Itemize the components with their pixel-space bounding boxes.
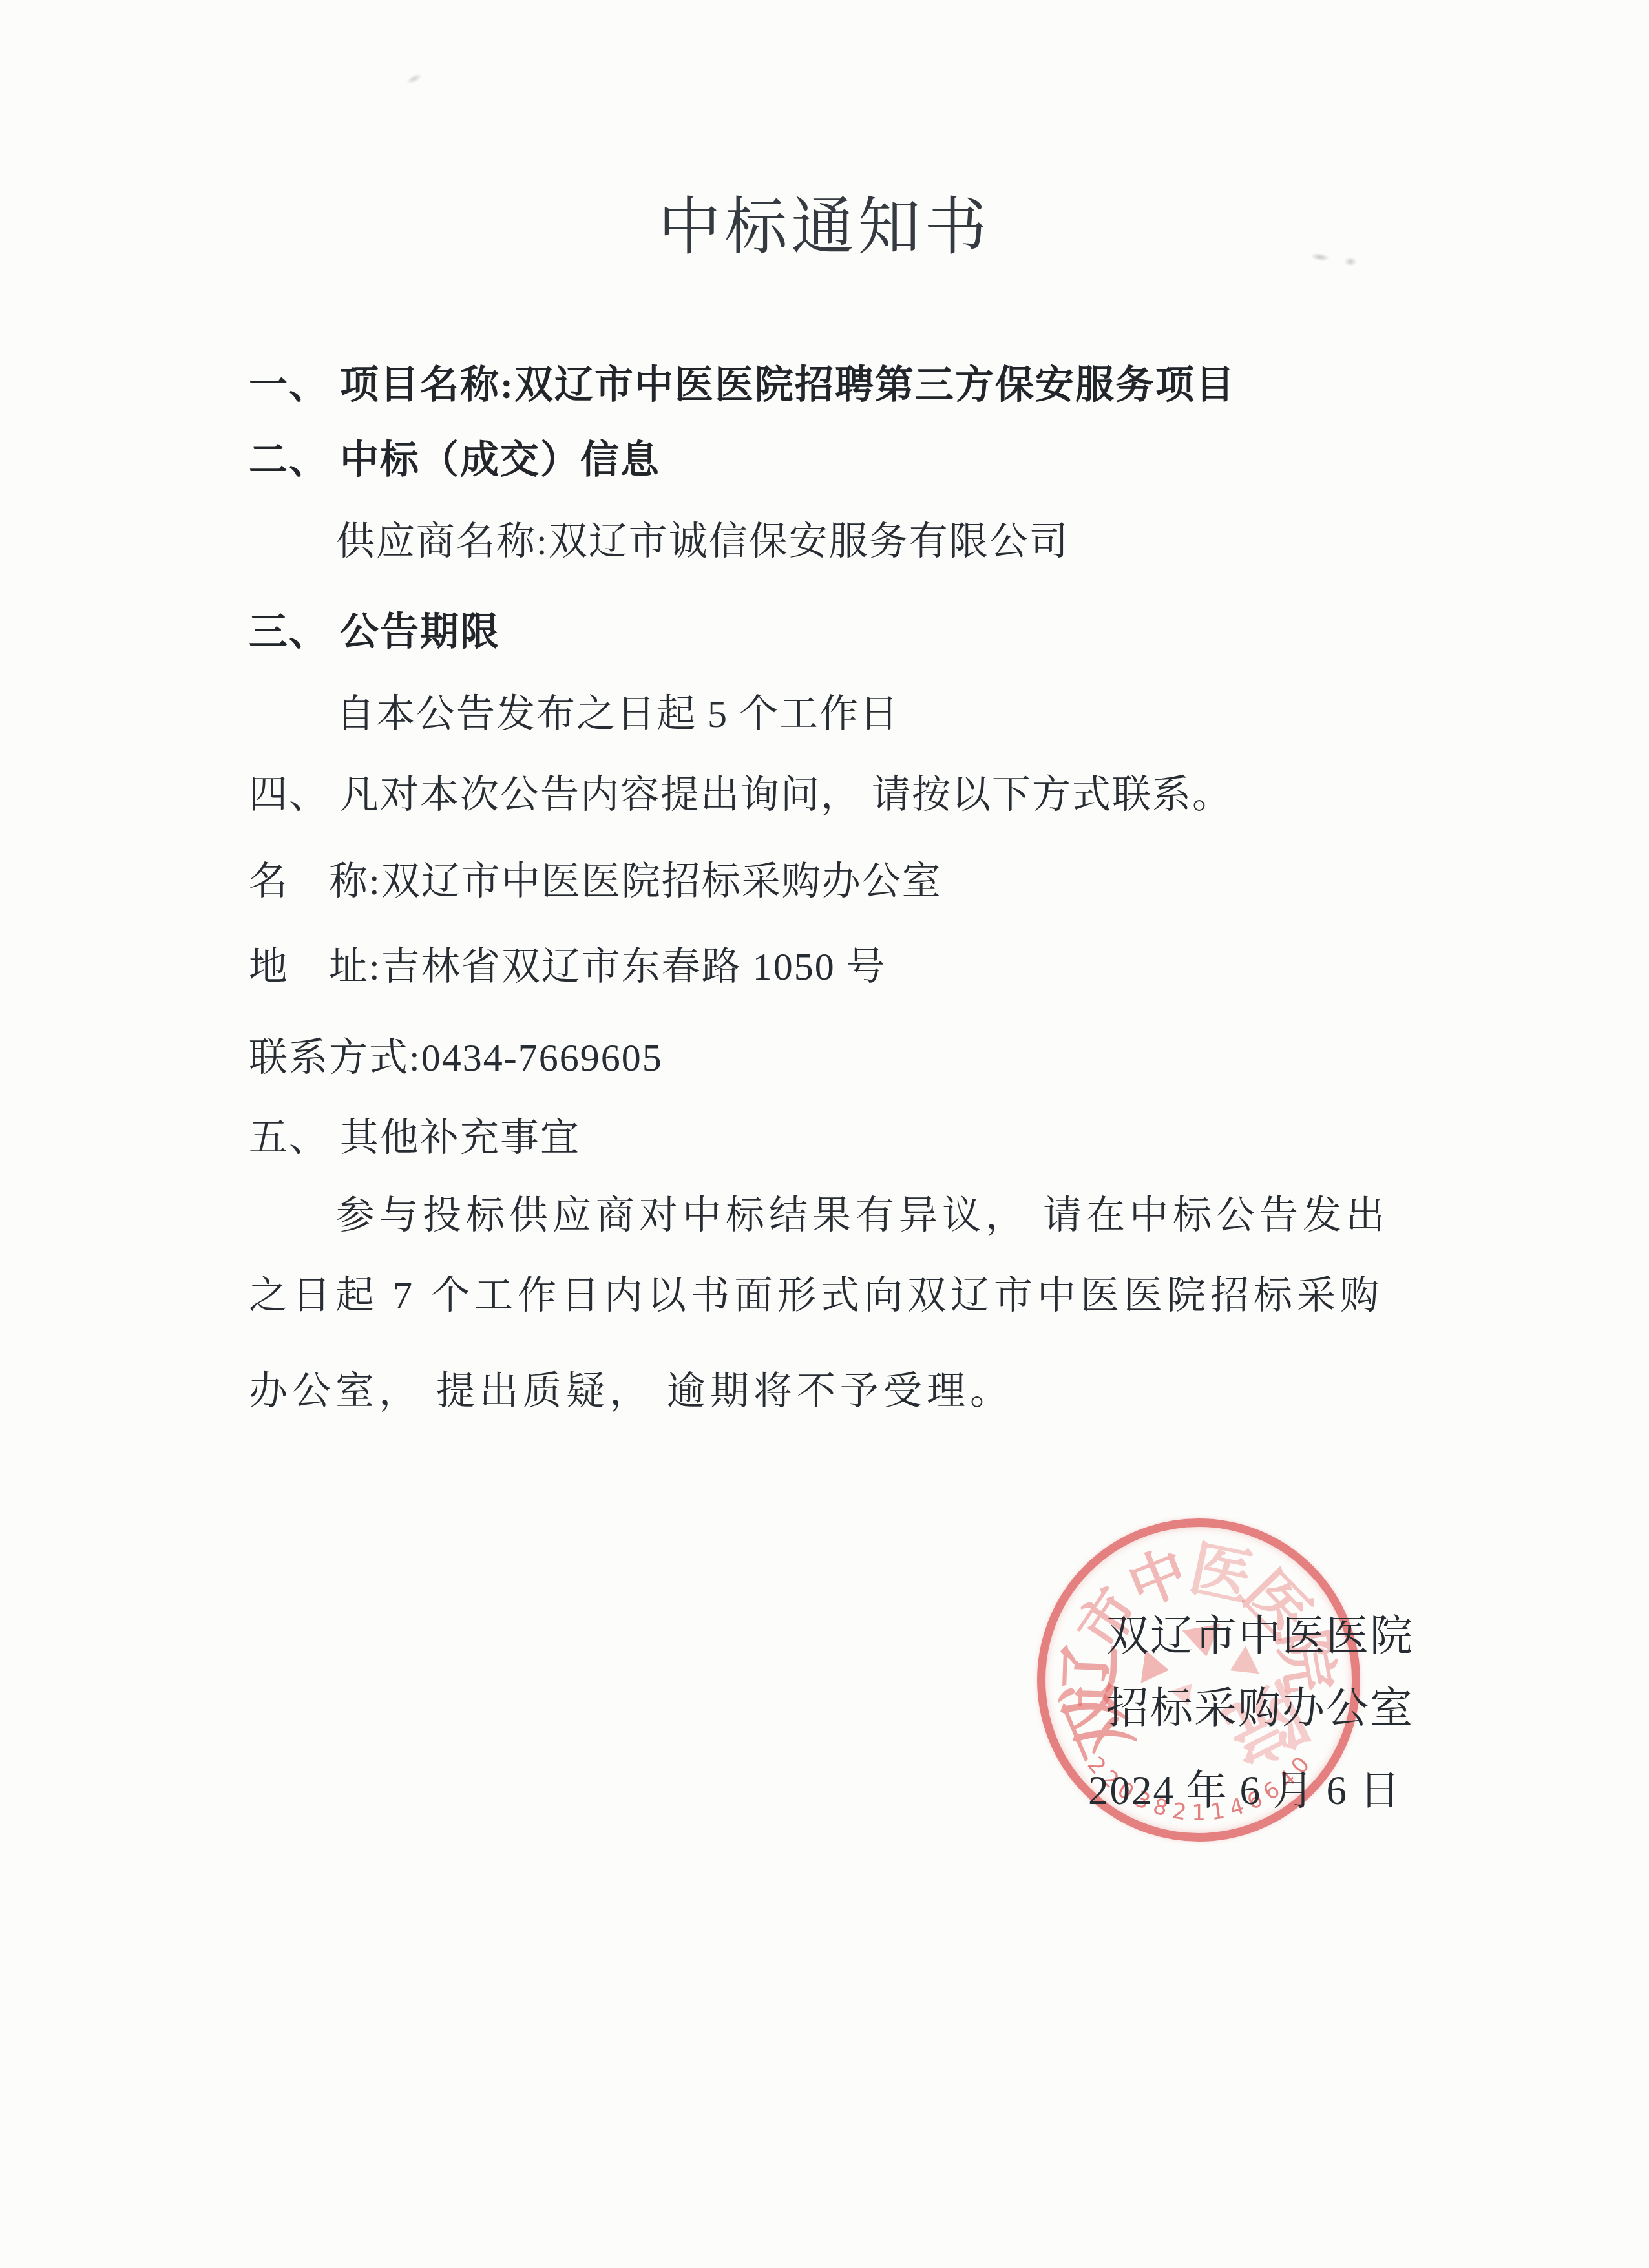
contact-address: 地 址:吉林省双辽市东春路 1050 号 — [249, 936, 887, 991]
item-5-supplement-heading: 五、 其他补充事宜 — [249, 1107, 580, 1162]
scan-artifact — [405, 72, 424, 87]
announcement-period: 自本公告发布之日起 5 个工作日 — [336, 683, 899, 739]
document-title: 中标通知书 — [0, 176, 1649, 266]
signature-org-line-2: 招标采购办公室 — [1106, 1674, 1414, 1735]
item-4-contact-intro: 四、 凡对本次公告内容提出询问， 请按以下方式联系。 — [249, 764, 1232, 819]
item-2-award-info-heading: 二、 中标（成交）信息 — [249, 429, 660, 485]
contact-phone: 联系方式:0434-7669605 — [249, 1027, 663, 1082]
scanned-document-page: 中标通知书 一、 项目名称:双辽市中医医院招聘第三方保安服务项目 二、 中标（成… — [0, 0, 1649, 2268]
contact-name: 名 称:双辽市中医医院招标采购办公室 — [249, 850, 942, 906]
supplement-paragraph-line-3: 办公室， 提出质疑， 逾期将不予受理。 — [249, 1360, 1013, 1416]
supplement-paragraph-line-2: 之日起 7 个工作日内以书面形式向双辽市中医医院招标采购 — [249, 1265, 1383, 1320]
supplier-name: 供应商名称:双辽市诚信保安服务有限公司 — [336, 510, 1069, 566]
signature-date: 2024 年 6 月 6 日 — [1088, 1758, 1402, 1816]
signature-org-line-1: 双辽市中医医院 — [1106, 1601, 1414, 1663]
item-3-announcement-period-heading: 三、 公告期限 — [249, 601, 500, 656]
supplement-paragraph-line-1: 参与投标供应商对中标结果有异议， 请在中标公告发出 — [336, 1184, 1389, 1240]
item-1-project-name: 一、 项目名称:双辽市中医医院招聘第三方保安服务项目 — [249, 354, 1235, 410]
